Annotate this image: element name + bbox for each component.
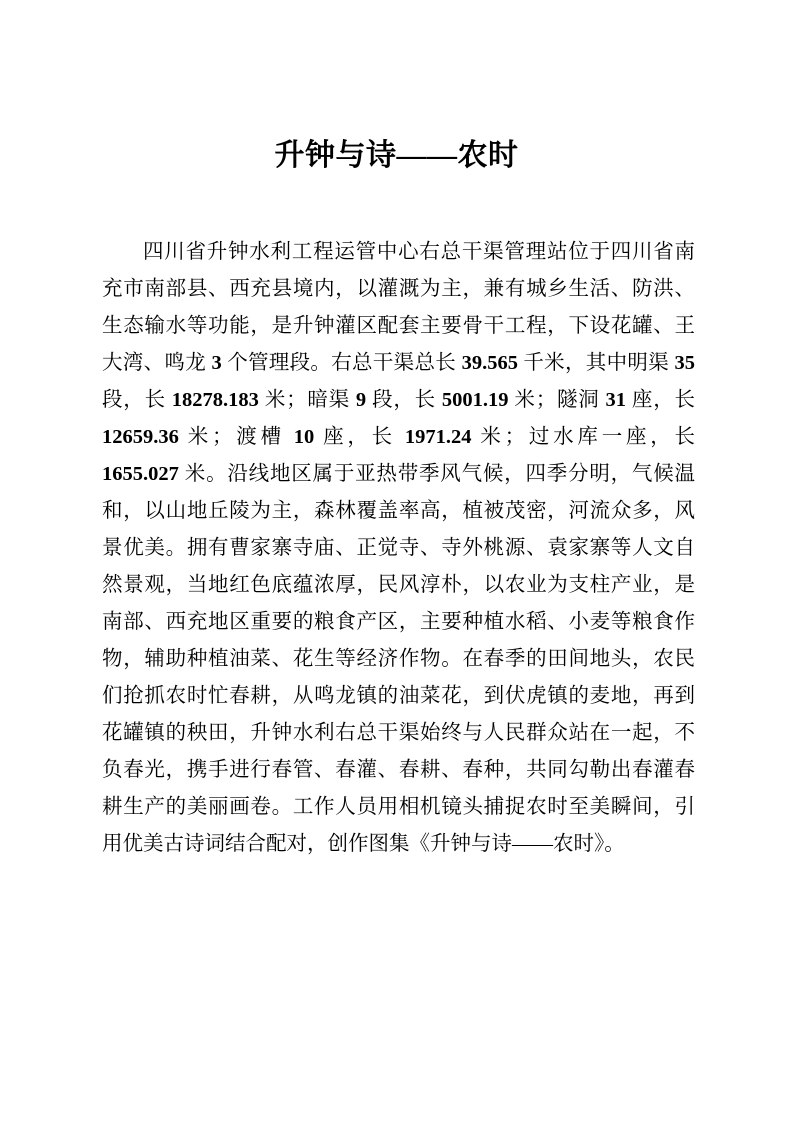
numeric-value: 1655.027: [102, 463, 179, 485]
document-title: 升钟与诗——农时: [0, 138, 793, 174]
numeric-value: 31: [606, 389, 627, 411]
text-segment: 千米，其中明渠: [518, 352, 675, 374]
numeric-value: 12659.36: [102, 426, 179, 448]
numeric-value: 35: [675, 352, 696, 374]
text-segment: 米；暗渠: [259, 389, 356, 411]
numeric-value: 1971.24: [405, 426, 472, 448]
text-segment: 座，长: [314, 426, 405, 448]
numeric-value: 18278.183: [172, 389, 259, 411]
text-segment: 座，长: [626, 389, 695, 411]
numeric-value: 39.565: [462, 352, 518, 374]
text-segment: 段，长: [366, 389, 442, 411]
numeric-value: 10: [294, 426, 315, 448]
numeric-value: 3: [212, 352, 222, 374]
text-segment: 米；隧洞: [509, 389, 606, 411]
text-segment: 米；渡槽: [179, 426, 294, 448]
text-segment: 个管理段。右总干渠总长: [222, 352, 462, 374]
text-segment: 米；过水库一座，长: [471, 426, 695, 448]
text-segment: 段，长: [102, 389, 172, 411]
text-segment: 米。沿线地区属于亚热带季风气候，四季分明，气候温和，以山地丘陵为主，森林覆盖率高…: [102, 463, 695, 855]
body-paragraph: 四川省升钟水利工程运管中心右总干渠管理站位于四川省南充市南部县、西充县境内，以灌…: [102, 234, 695, 863]
document-page: 升钟与诗——农时 四川省升钟水利工程运管中心右总干渠管理站位于四川省南充市南部县…: [0, 0, 793, 1122]
numeric-value: 9: [356, 389, 366, 411]
numeric-value: 5001.19: [442, 389, 509, 411]
